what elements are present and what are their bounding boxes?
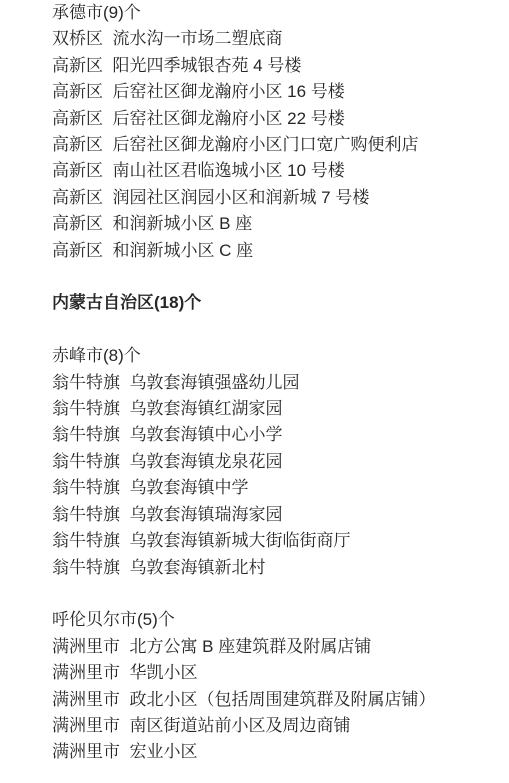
risk-area-row: 高新区 阳光四季城银杏苑 4 号楼 bbox=[52, 53, 481, 79]
risk-area-row: 高新区 南山社区君临逸城小区 10 号楼 bbox=[52, 158, 481, 184]
risk-area-row: 翁牛特旗 乌敦套海镇红湖家园 bbox=[52, 396, 481, 422]
risk-area-row: 高新区 和润新城小区 B 座 bbox=[52, 211, 481, 237]
risk-area-row: 翁牛特旗 乌敦套海镇强盛幼儿园 bbox=[52, 370, 481, 396]
section-chengde: 承德市(9)个 双桥区 流水沟一市场二塑底商 高新区 阳光四季城银杏苑 4 号楼… bbox=[52, 0, 481, 264]
city-count-header: 呼伦贝尔市(5)个 bbox=[52, 607, 481, 633]
risk-area-list: 承德市(9)个 双桥区 流水沟一市场二塑底商 高新区 阳光四季城银杏苑 4 号楼… bbox=[0, 0, 509, 766]
risk-area-row: 翁牛特旗 乌敦套海镇龙泉花园 bbox=[52, 449, 481, 475]
risk-area-row: 满洲里市 政北小区（包括周围建筑群及附属店铺） bbox=[52, 687, 481, 713]
risk-area-row: 满洲里市 南区街道站前小区及周边商铺 bbox=[52, 713, 481, 739]
section-chifeng: 赤峰市(8)个 翁牛特旗 乌敦套海镇强盛幼儿园 翁牛特旗 乌敦套海镇红湖家园 翁… bbox=[52, 343, 481, 581]
city-count-header: 承德市(9)个 bbox=[52, 0, 481, 26]
risk-area-row: 高新区 后窑社区御龙瀚府小区 22 号楼 bbox=[52, 106, 481, 132]
risk-area-row: 翁牛特旗 乌敦套海镇中学 bbox=[52, 475, 481, 501]
province-count-header: 内蒙古自治区(18)个 bbox=[52, 290, 481, 316]
risk-area-row: 高新区 润园社区润园小区和润新城 7 号楼 bbox=[52, 185, 481, 211]
risk-area-row: 高新区 和润新城小区 C 座 bbox=[52, 238, 481, 264]
section-hulunbeier: 呼伦贝尔市(5)个 满洲里市 北方公寓 B 座建筑群及附属店铺 满洲里市 华凯小… bbox=[52, 607, 481, 765]
section-neimenggu: 内蒙古自治区(18)个 bbox=[52, 290, 481, 316]
risk-area-row: 翁牛特旗 乌敦套海镇新北村 bbox=[52, 555, 481, 581]
risk-area-row: 满洲里市 宏业小区 bbox=[52, 739, 481, 765]
risk-area-row: 高新区 后窑社区御龙瀚府小区门口宽广购便利店 bbox=[52, 132, 481, 158]
city-count-header: 赤峰市(8)个 bbox=[52, 343, 481, 369]
risk-area-row: 满洲里市 北方公寓 B 座建筑群及附属店铺 bbox=[52, 634, 481, 660]
risk-area-row: 满洲里市 华凯小区 bbox=[52, 660, 481, 686]
risk-area-row: 双桥区 流水沟一市场二塑底商 bbox=[52, 26, 481, 52]
risk-area-row: 翁牛特旗 乌敦套海镇新城大街临街商厅 bbox=[52, 528, 481, 554]
risk-area-row: 高新区 后窑社区御龙瀚府小区 16 号楼 bbox=[52, 79, 481, 105]
risk-area-row: 翁牛特旗 乌敦套海镇瑞海家园 bbox=[52, 502, 481, 528]
risk-area-row: 翁牛特旗 乌敦套海镇中心小学 bbox=[52, 422, 481, 448]
